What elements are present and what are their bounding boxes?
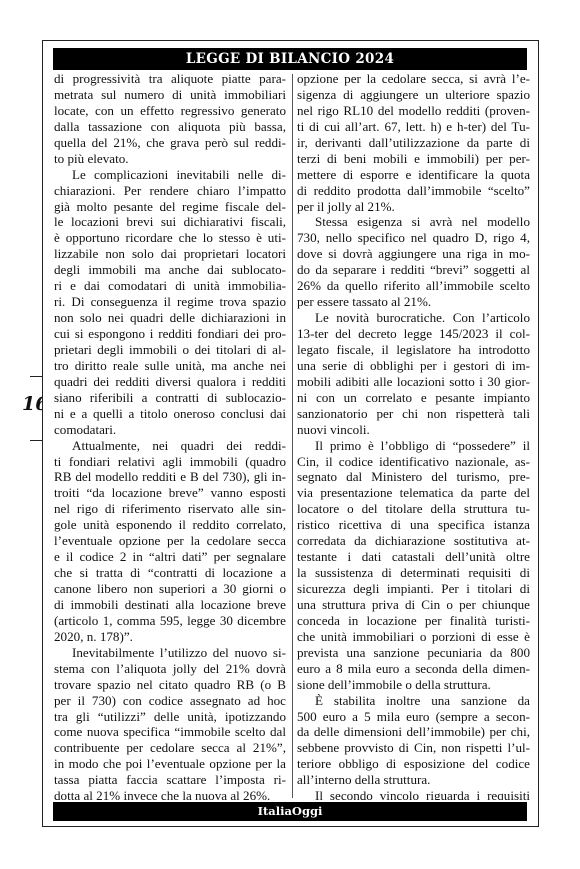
text-line: ti fondiari relativi agli immobili (quad… [54, 454, 286, 470]
text-line: chiarazioni. Per rendere chiaro l’impatt… [54, 183, 286, 199]
text-line: 730, nello specifico nel quadro D, rigo … [297, 230, 530, 246]
text-line: che si tratta di “contratti di locazione… [54, 565, 286, 581]
text-line: opzione per la cedolare secca, si avrà l… [297, 71, 530, 87]
text-line: la sussistenza di determinati requisiti … [297, 565, 530, 581]
text-line: ristico ricettiva di una specifica istan… [297, 517, 530, 533]
text-line: da delle dimensioni dell’immobile) per c… [297, 724, 530, 740]
text-line: locate, con un effetto regressivo genera… [54, 103, 286, 119]
text-line: lizzabile non solo dai proprietari locat… [54, 246, 286, 262]
text-line: legato fiscale, il legislatore ha introd… [297, 342, 530, 358]
article-column-right: opzione per la cedolare secca, si avrà l… [297, 71, 530, 800]
text-line: per il 730) con codice assegnato ad hoc [54, 693, 286, 709]
text-line: stema con l’aliquota jolly del 21% dovrà [54, 661, 286, 677]
text-line: che unità immobiliari o porzioni di esse… [297, 629, 530, 645]
text-line: di immobili destinati alla locazione bre… [54, 597, 286, 613]
text-line: locatore o del titolare della struttura … [297, 501, 530, 517]
text-line: Attualmente, nei quadri dei reddi- [54, 438, 286, 454]
text-line: mobili adibiti alle locazioni sotto i 30… [297, 374, 530, 390]
text-line: prevista una sanzione pecuniaria da 800 [297, 645, 530, 661]
text-line: per il jolly al 21%. [297, 199, 530, 215]
article-frame: LEGGE DI BILANCIO 2024 di progressività … [42, 40, 539, 827]
text-line: già molto pesante del regime fiscale del… [54, 199, 286, 215]
text-line: nel rigo RL10 del modello redditi (prove… [297, 103, 530, 119]
section-header: LEGGE DI BILANCIO 2024 [53, 48, 527, 70]
text-line: terzi di beni mobili e immobili) per per… [297, 151, 530, 167]
text-line: È stabilita inoltre una sanzione da [297, 693, 530, 709]
text-line: è opportuno ricordare che lo stesso è ut… [54, 230, 286, 246]
text-line: euro a 8 mila euro a seconda della dimen… [297, 661, 530, 677]
text-line: le locazioni brevi sui dichiarativi fisc… [54, 214, 286, 230]
text-line: contribuente per cedolare secca al 21%”, [54, 740, 286, 756]
text-line: (articolo 1, comma 595, legge 30 dicembr… [54, 613, 286, 629]
text-line: do da separare i redditi “brevi” soggett… [297, 262, 530, 278]
text-line: Il secondo vincolo riguarda i requisiti [297, 788, 530, 800]
text-line: non solo nei quadri delle dichiarazioni … [54, 310, 286, 326]
text-line: Le novità burocratiche. Con l’articolo [297, 310, 530, 326]
text-line: metrata sul numero di unità immobiliari [54, 87, 286, 103]
text-line: RB del modello redditi e B del 730), gli… [54, 469, 286, 485]
text-line: ni e a quelli a titolo oneroso conclusi … [54, 406, 286, 422]
text-line: di progressività tra aliquote piatte par… [54, 71, 286, 87]
text-line: dotta al 21% invece che la nuova al 26%. [54, 788, 286, 800]
text-line: Stessa esigenza si avrà nel modello [297, 214, 530, 230]
text-line: mettere di esporre e identificare la quo… [297, 167, 530, 183]
text-line: e il codice 2 in “altri dati” per segnal… [54, 549, 286, 565]
text-line: degli immobili ma anche dai sublocato- [54, 262, 286, 278]
text-line: siano riferibili a contratti di sublocaz… [54, 390, 286, 406]
publication-footer: ItaliaOggi [53, 802, 527, 821]
text-line: testante i dati catastali dell’unità olt… [297, 549, 530, 565]
text-line: dalla tassazione con aliquota più bassa, [54, 119, 286, 135]
text-line: nel rigo di riferimento riservato alle s… [54, 501, 286, 517]
text-line: di reddito prodotta dall’immobile “scelt… [297, 183, 530, 199]
text-line: Le complicazioni inevitabili nelle di- [54, 167, 286, 183]
text-line: ir, derivanti dall’utilizzazione da part… [297, 135, 530, 151]
text-line: quadri dei redditi diversi qualora i red… [54, 374, 286, 390]
article-column-left: di progressività tra aliquote piatte par… [54, 71, 286, 800]
text-line: via presentazione telematica da parte de… [297, 485, 530, 501]
text-line: tra gli “utilizzi” delle unità, ipotizza… [54, 709, 286, 725]
text-line: Cin, il codice identificativo nazionale,… [297, 454, 530, 470]
text-line: 26% da quello riferito all’immobile scel… [297, 278, 530, 294]
text-line: ri. Di conseguenza il regime trova spazi… [54, 294, 286, 310]
text-line: sanzionatorio per chi non rispetterà tal… [297, 406, 530, 422]
text-line: come nuova specifica “immobile scelto da… [54, 724, 286, 740]
text-line: nuovi vincoli. [297, 422, 530, 438]
text-line: prietari degli immobili o dei titolari d… [54, 342, 286, 358]
text-line: ni con un correlato e pesante impianto [297, 390, 530, 406]
text-line: sione dell’immobile o della struttura. [297, 677, 530, 693]
text-line: ti di cui all’art. 67, lett. h) e h-ter)… [297, 119, 530, 135]
text-line: l’eventuale opzione per la cedolare secc… [54, 533, 286, 549]
column-divider [292, 74, 293, 798]
text-line: teriore obbligo di esposizione del codic… [297, 756, 530, 772]
text-line: cui si espongono i redditi fondiari dei … [54, 326, 286, 342]
text-line: Il primo è l’obbligo di “possedere” il [297, 438, 530, 454]
text-line: corredata da dichiarazione sostitutiva a… [297, 533, 530, 549]
text-line: conceda in locazione per finalità turist… [297, 613, 530, 629]
text-line: quella del 21%, che grava però sul reddi… [54, 135, 286, 151]
text-line: dove si dovrà aggiungere una riga in mo- [297, 246, 530, 262]
text-line: 2020, n. 178)”. [54, 629, 286, 645]
text-line: Inevitabilmente l’utilizzo del nuovo si- [54, 645, 286, 661]
text-line: 13-ter del decreto legge 145/2023 il col… [297, 326, 530, 342]
text-line: to più elevato. [54, 151, 286, 167]
text-line: ri e dai comodatari di unità immobilia- [54, 278, 286, 294]
text-line: tro diritto reale sulle unità, ma anche … [54, 358, 286, 374]
text-line: trovare spazio nel citato quadro RB (o B [54, 677, 286, 693]
text-line: 500 euro a 5 mila euro (sempre a secon- [297, 709, 530, 725]
text-line: sigenza di aggiungere un ulteriore spazi… [297, 87, 530, 103]
text-line: sicurezza degli impianti. Per i titolari… [297, 581, 530, 597]
text-line: per essere tassato al 21%. [297, 294, 530, 310]
text-line: una struttura priva di Cin o per chiunqu… [297, 597, 530, 613]
text-line: gole unità esponendo il reddito correlat… [54, 517, 286, 533]
text-line: tassa piatta faccia scattare l’imposta r… [54, 772, 286, 788]
text-line: sebbene provvisto di Cin, non rispetti l… [297, 740, 530, 756]
text-line: comodatari. [54, 422, 286, 438]
text-line: troiti “da locazione breve” vanno espost… [54, 485, 286, 501]
text-line: segnato dal Ministero del turismo, pre- [297, 469, 530, 485]
text-line: all’interno della struttura. [297, 772, 530, 788]
text-line: una serie di obblighi per i gestori di i… [297, 358, 530, 374]
text-line: canone libero non superiori a 30 giorni … [54, 581, 286, 597]
text-line: in modo che poi l’eventuale opzione per … [54, 756, 286, 772]
